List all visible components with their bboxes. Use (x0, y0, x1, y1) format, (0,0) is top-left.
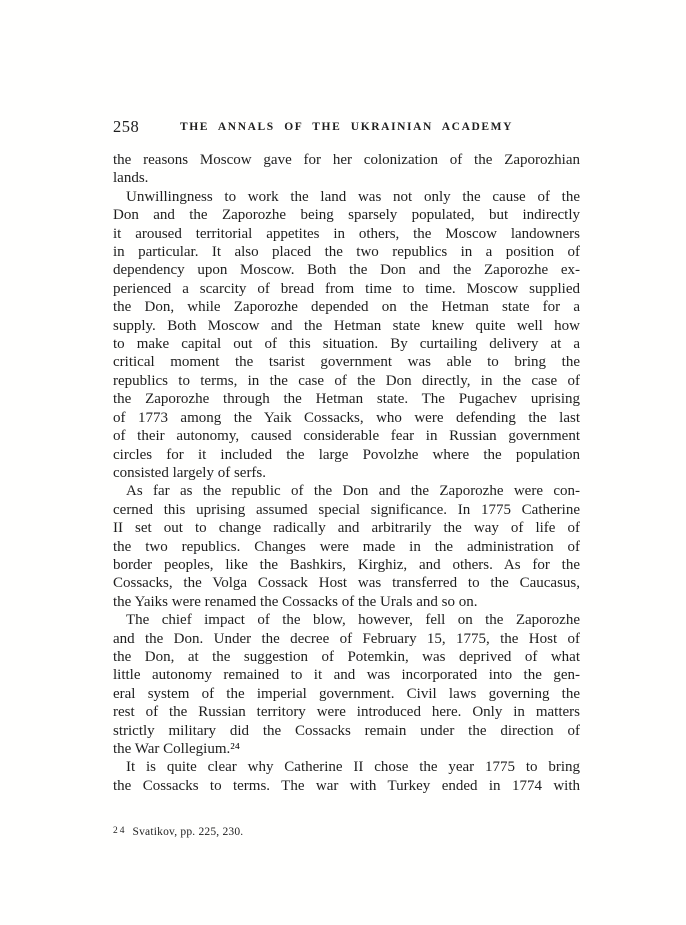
text-line: the two republics. Changes were made in … (113, 538, 580, 556)
text-line: the Don, at the suggestion of Potemkin, … (113, 648, 580, 666)
text-line: lands. (113, 169, 580, 187)
text-line: republics to terms, in the case of the D… (113, 372, 580, 390)
footnote: 24Svatikov, pp. 225, 230. (113, 826, 243, 838)
page-header: 258 THE ANNALS OF THE UKRAINIAN ACADEMY (113, 117, 580, 139)
text-line: II set out to change radically and arbit… (113, 519, 580, 537)
text-line: consisted largely of serfs. (113, 464, 580, 482)
book-page: 258 THE ANNALS OF THE UKRAINIAN ACADEMY … (0, 0, 686, 925)
footnote-marker: 24 (113, 826, 127, 836)
text-line: it aroused territorial appetites in othe… (113, 225, 580, 243)
text-line: border peoples, like the Bashkirs, Kirgh… (113, 556, 580, 574)
text-line: the reasons Moscow gave for her coloniza… (113, 151, 580, 169)
text-line: The chief impact of the blow, however, f… (113, 611, 580, 629)
text-line: the War Collegium.²⁴ (113, 740, 580, 758)
text-line: the Don, while Zaporozhe depended on the… (113, 298, 580, 316)
text-line: and the Don. Under the decree of Februar… (113, 630, 580, 648)
running-title: THE ANNALS OF THE UKRAINIAN ACADEMY (113, 117, 580, 133)
text-line: strictly military did the Cossacks remai… (113, 722, 580, 740)
text-line: little autonomy remained to it and was i… (113, 666, 580, 684)
text-line: perienced a scarcity of bread from time … (113, 280, 580, 298)
text-line: Unwillingness to work the land was not o… (113, 188, 580, 206)
page-number: 258 (113, 117, 139, 137)
text-line: in particular. It also placed the two re… (113, 243, 580, 261)
text-line: rest of the Russian territory were intro… (113, 703, 580, 721)
text-line: to make capital out of this situation. B… (113, 335, 580, 353)
text-line: the Yaiks were renamed the Cossacks of t… (113, 593, 580, 611)
text-line: critical moment the tsarist government w… (113, 353, 580, 371)
text-line: of their autonomy, caused considerable f… (113, 427, 580, 445)
text-line: Don and the Zaporozhe being sparsely pop… (113, 206, 580, 224)
text-line: supply. Both Moscow and the Hetman state… (113, 317, 580, 335)
text-line: circles for it included the large Povolz… (113, 446, 580, 464)
text-line: Cossacks, the Volga Cossack Host was tra… (113, 574, 580, 592)
text-line: It is quite clear why Catherine II chose… (113, 758, 580, 776)
text-line: As far as the republic of the Don and th… (113, 482, 580, 500)
body-text: the reasons Moscow gave for her coloniza… (113, 151, 580, 795)
text-line: cerned this uprising assumed special sig… (113, 501, 580, 519)
text-line: eral system of the imperial government. … (113, 685, 580, 703)
footnote-text: Svatikov, pp. 225, 230. (133, 826, 244, 838)
text-line: of 1773 among the Yaik Cossacks, who wer… (113, 409, 580, 427)
text-line: the Cossacks to terms. The war with Turk… (113, 777, 580, 795)
text-line: the Zaporozhe through the Hetman state. … (113, 390, 580, 408)
text-line: dependency upon Moscow. Both the Don and… (113, 261, 580, 279)
